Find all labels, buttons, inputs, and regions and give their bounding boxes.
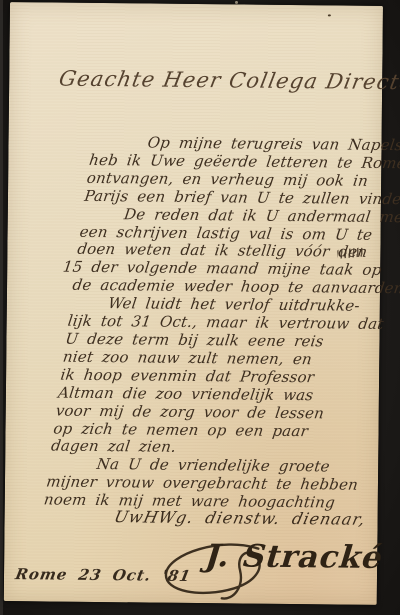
mat-edge — [0, 0, 3, 615]
letter-paper: Geachte Heer Collega Directeur, Op mijne… — [4, 2, 383, 605]
letter-signature-block: J. Stracké — [154, 526, 375, 606]
letter-signature: J. Stracké — [201, 538, 389, 576]
letter-dateline: Rome 23 Oct. '81 — [14, 565, 193, 585]
ink-speck — [328, 14, 331, 16]
letter-photo: Geachte Heer Collega Directeur, Op mijne… — [0, 0, 400, 615]
letter-salutation: Geachte Heer Collega Directeur, — [57, 67, 400, 95]
letter-body: Op mijne terugreis van Napels heb ik Uwe… — [43, 134, 400, 513]
